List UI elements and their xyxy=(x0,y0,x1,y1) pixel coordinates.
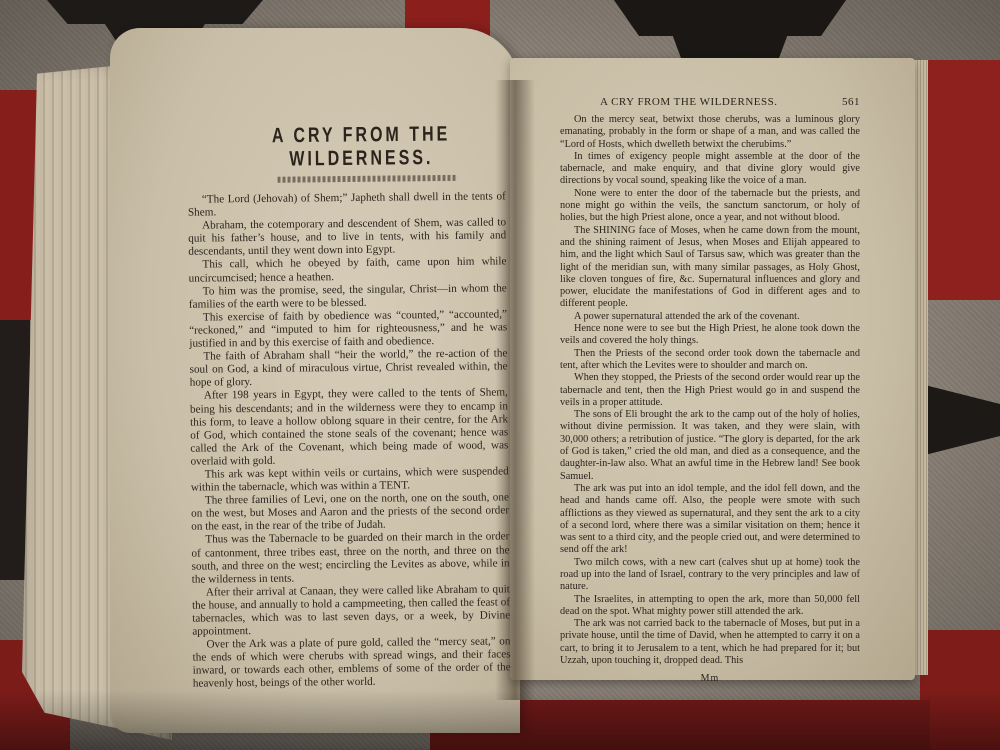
paragraph: The ark was not carried back to the tabe… xyxy=(560,618,860,667)
left-page-text: A CRY FROM THE WILDERNESS. “The Lord (Je… xyxy=(187,128,511,691)
paragraph: To him was the promise, seed, the singul… xyxy=(189,282,507,312)
paragraph: “The Lord (Jehovah) of Shem;” Japheth sh… xyxy=(188,190,506,220)
page-number: 561 xyxy=(842,96,860,108)
paragraph: The sons of Eli brought the ark to the c… xyxy=(560,409,860,483)
paragraph: Thus was the Tabernacle to be guarded on… xyxy=(191,531,510,587)
paragraph: Hence none were to see but the High Prie… xyxy=(560,323,860,348)
chapter-title: A CRY FROM THE WILDERNESS. xyxy=(217,123,505,173)
right-page-text: A CRY FROM THE WILDERNESS. 561 On the me… xyxy=(560,96,860,684)
signature-mark: Mm xyxy=(560,673,860,684)
paragraph: This ark was kept within veils or curtai… xyxy=(191,465,509,495)
open-book: A CRY FROM THE WILDERNESS. “The Lord (Je… xyxy=(0,0,1000,750)
paragraph: The three families of Levi, one on the n… xyxy=(191,491,509,534)
paragraph: After 198 years in Egypt, they were call… xyxy=(190,387,509,469)
title-ornament-rule xyxy=(278,175,458,183)
paragraph: A power supernatural attended the ark of… xyxy=(560,311,860,323)
paragraph: In times of exigency people might assemb… xyxy=(560,151,860,188)
paragraph: The faith of Abraham shall “heir the wor… xyxy=(189,347,507,390)
paragraph: The Israelites, in attempting to open th… xyxy=(560,594,860,619)
paragraph: On the mercy seat, betwixt those cherubs… xyxy=(560,114,860,151)
running-head: A CRY FROM THE WILDERNESS. 561 xyxy=(560,96,860,108)
paragraph: When they stopped, the Priests of the se… xyxy=(560,372,860,409)
paragraph: This call, which he obeyed by faith, cam… xyxy=(188,256,506,286)
paragraph: Over the Ark was a plate of pure gold, c… xyxy=(192,636,511,692)
paragraph: The ark was put into an idol temple, and… xyxy=(560,483,860,557)
paragraph: This exercise of faith by obedience was … xyxy=(189,308,507,351)
running-head-title: A CRY FROM THE WILDERNESS. xyxy=(600,96,778,108)
paragraph: Abraham, the cotemporary and descendent … xyxy=(188,217,506,260)
paragraph: None were to enter the door of the taber… xyxy=(560,188,860,225)
paragraph: After their arrival at Canaan, they were… xyxy=(192,583,511,639)
paragraph: Then the Priests of the second order too… xyxy=(560,348,860,373)
paragraph: The SHINING face of Moses, when he came … xyxy=(560,225,860,311)
paragraph: Two milch cows, with a new cart (calves … xyxy=(560,557,860,594)
